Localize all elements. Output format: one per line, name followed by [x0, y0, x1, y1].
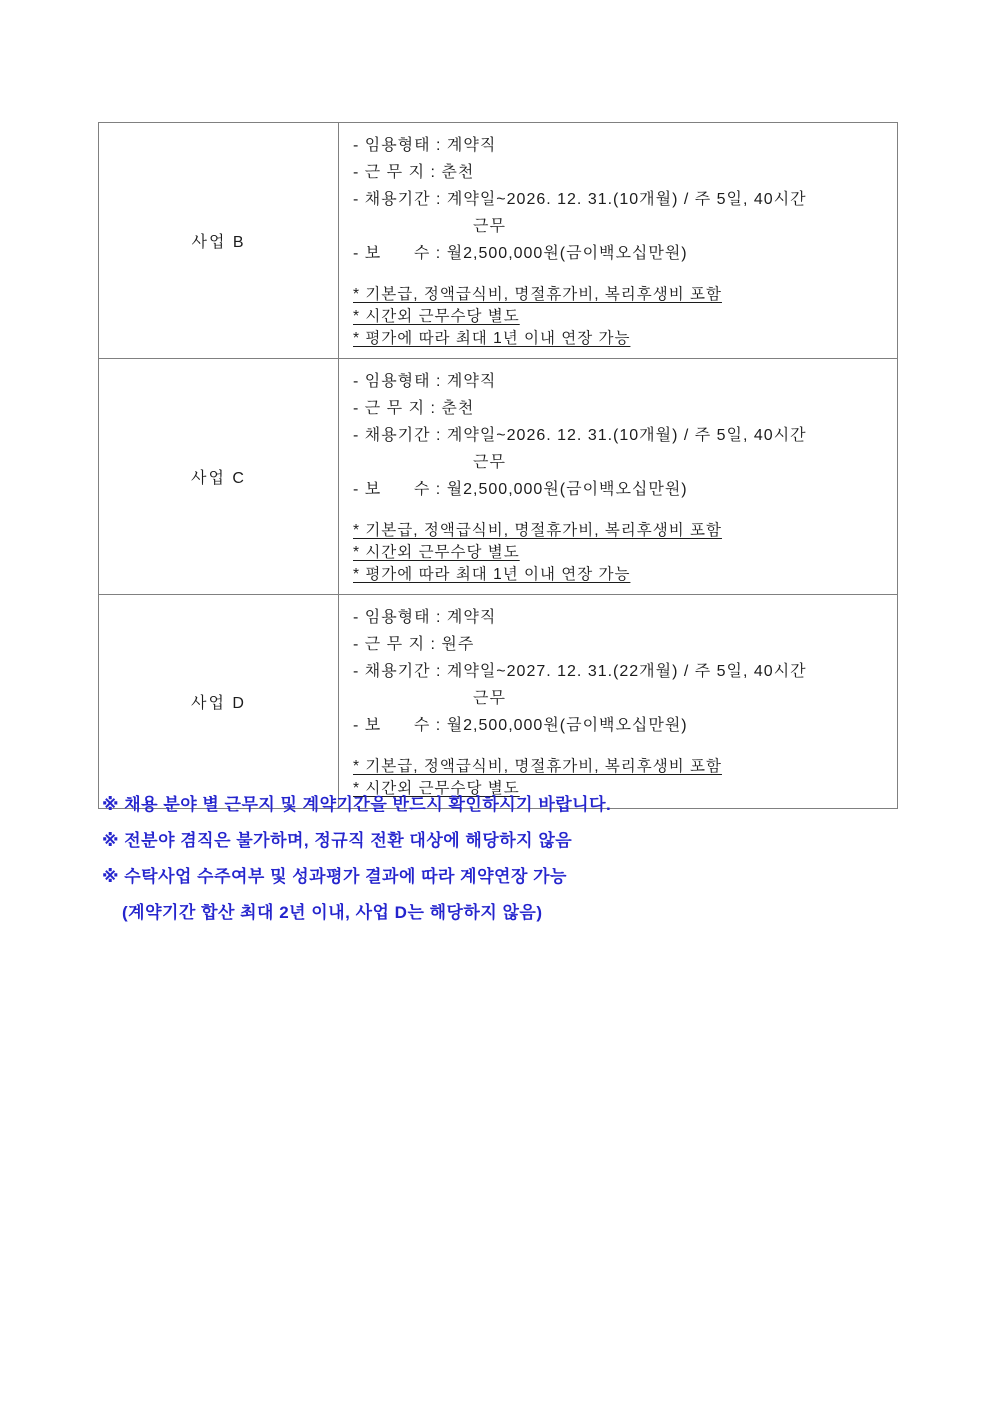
line-gap — [353, 739, 887, 756]
work-location: - 근 무 지 : 춘천 — [353, 159, 887, 186]
salary-note-included: * 기본급, 정액급식비, 명절휴가비, 복리후생비 포함 — [353, 756, 887, 778]
job-details-table: 사업 B - 임용형태 : 계약직 - 근 무 지 : 춘천 - 채용기간 : … — [98, 122, 898, 809]
footnote-extension-limit: (계약기간 합산 최대 2년 이내, 사업 D는 해당하지 않음) — [102, 901, 922, 925]
table-row-project-c: 사업 C - 임용형태 : 계약직 - 근 무 지 : 춘천 - 채용기간 : … — [99, 359, 898, 595]
project-d-label: 사업 D — [99, 595, 339, 809]
table-row-project-b: 사업 B - 임용형태 : 계약직 - 근 무 지 : 춘천 - 채용기간 : … — [99, 123, 898, 359]
project-c-details-cell: - 임용형태 : 계약직 - 근 무 지 : 춘천 - 채용기간 : 계약일~2… — [339, 359, 898, 595]
employment-period: - 채용기간 : 계약일~2026. 12. 31.(10개월) / 주 5일,… — [353, 422, 887, 449]
footnotes-section: ※ 채용 분야 별 근무지 및 계약기간을 반드시 확인하시기 바랍니다. ※ … — [102, 793, 922, 937]
project-d-details-cell: - 임용형태 : 계약직 - 근 무 지 : 원주 - 채용기간 : 계약일~2… — [339, 595, 898, 809]
employment-period-continuation: 근무 — [353, 213, 887, 240]
project-b-label: 사업 B — [99, 123, 339, 359]
salary-note-included: * 기본급, 정액급식비, 명절휴가비, 복리후생비 포함 — [353, 520, 887, 542]
salary: - 보 수 : 월2,500,000원(금이백오십만원) — [353, 712, 887, 739]
employment-period-continuation: 근무 — [353, 685, 887, 712]
footnote-check-location: ※ 채용 분야 별 근무지 및 계약기간을 반드시 확인하시기 바랍니다. — [102, 793, 922, 817]
salary-note-extension: * 평가에 따라 최대 1년 이내 연장 가능 — [353, 564, 887, 586]
salary-note-overtime: * 시간외 근무수당 별도 — [353, 306, 887, 328]
employment-period-continuation: 근무 — [353, 449, 887, 476]
work-location: - 근 무 지 : 원주 — [353, 631, 887, 658]
line-gap — [353, 267, 887, 284]
salary-note-extension: * 평가에 따라 최대 1년 이내 연장 가능 — [353, 328, 887, 350]
project-b-details-cell: - 임용형태 : 계약직 - 근 무 지 : 춘천 - 채용기간 : 계약일~2… — [339, 123, 898, 359]
salary-note-overtime: * 시간외 근무수당 별도 — [353, 542, 887, 564]
salary: - 보 수 : 월2,500,000원(금이백오십만원) — [353, 240, 887, 267]
footnote-extension-possible: ※ 수탁사업 수주여부 및 성과평가 결과에 따라 계약연장 가능 — [102, 865, 922, 889]
document-page: 사업 B - 임용형태 : 계약직 - 근 무 지 : 춘천 - 채용기간 : … — [0, 0, 1000, 1413]
employment-type: - 임용형태 : 계약직 — [353, 604, 887, 631]
employment-type: - 임용형태 : 계약직 — [353, 132, 887, 159]
employment-period: - 채용기간 : 계약일~2027. 12. 31.(22개월) / 주 5일,… — [353, 658, 887, 685]
table-row-project-d: 사업 D - 임용형태 : 계약직 - 근 무 지 : 원주 - 채용기간 : … — [99, 595, 898, 809]
project-c-label: 사업 C — [99, 359, 339, 595]
work-location: - 근 무 지 : 춘천 — [353, 395, 887, 422]
line-gap — [353, 503, 887, 520]
employment-period: - 채용기간 : 계약일~2026. 12. 31.(10개월) / 주 5일,… — [353, 186, 887, 213]
salary-note-included: * 기본급, 정액급식비, 명절휴가비, 복리후생비 포함 — [353, 284, 887, 306]
employment-type: - 임용형태 : 계약직 — [353, 368, 887, 395]
salary: - 보 수 : 월2,500,000원(금이백오십만원) — [353, 476, 887, 503]
footnote-no-concurrent: ※ 전분야 겸직은 불가하며, 정규직 전환 대상에 해당하지 않음 — [102, 829, 922, 853]
